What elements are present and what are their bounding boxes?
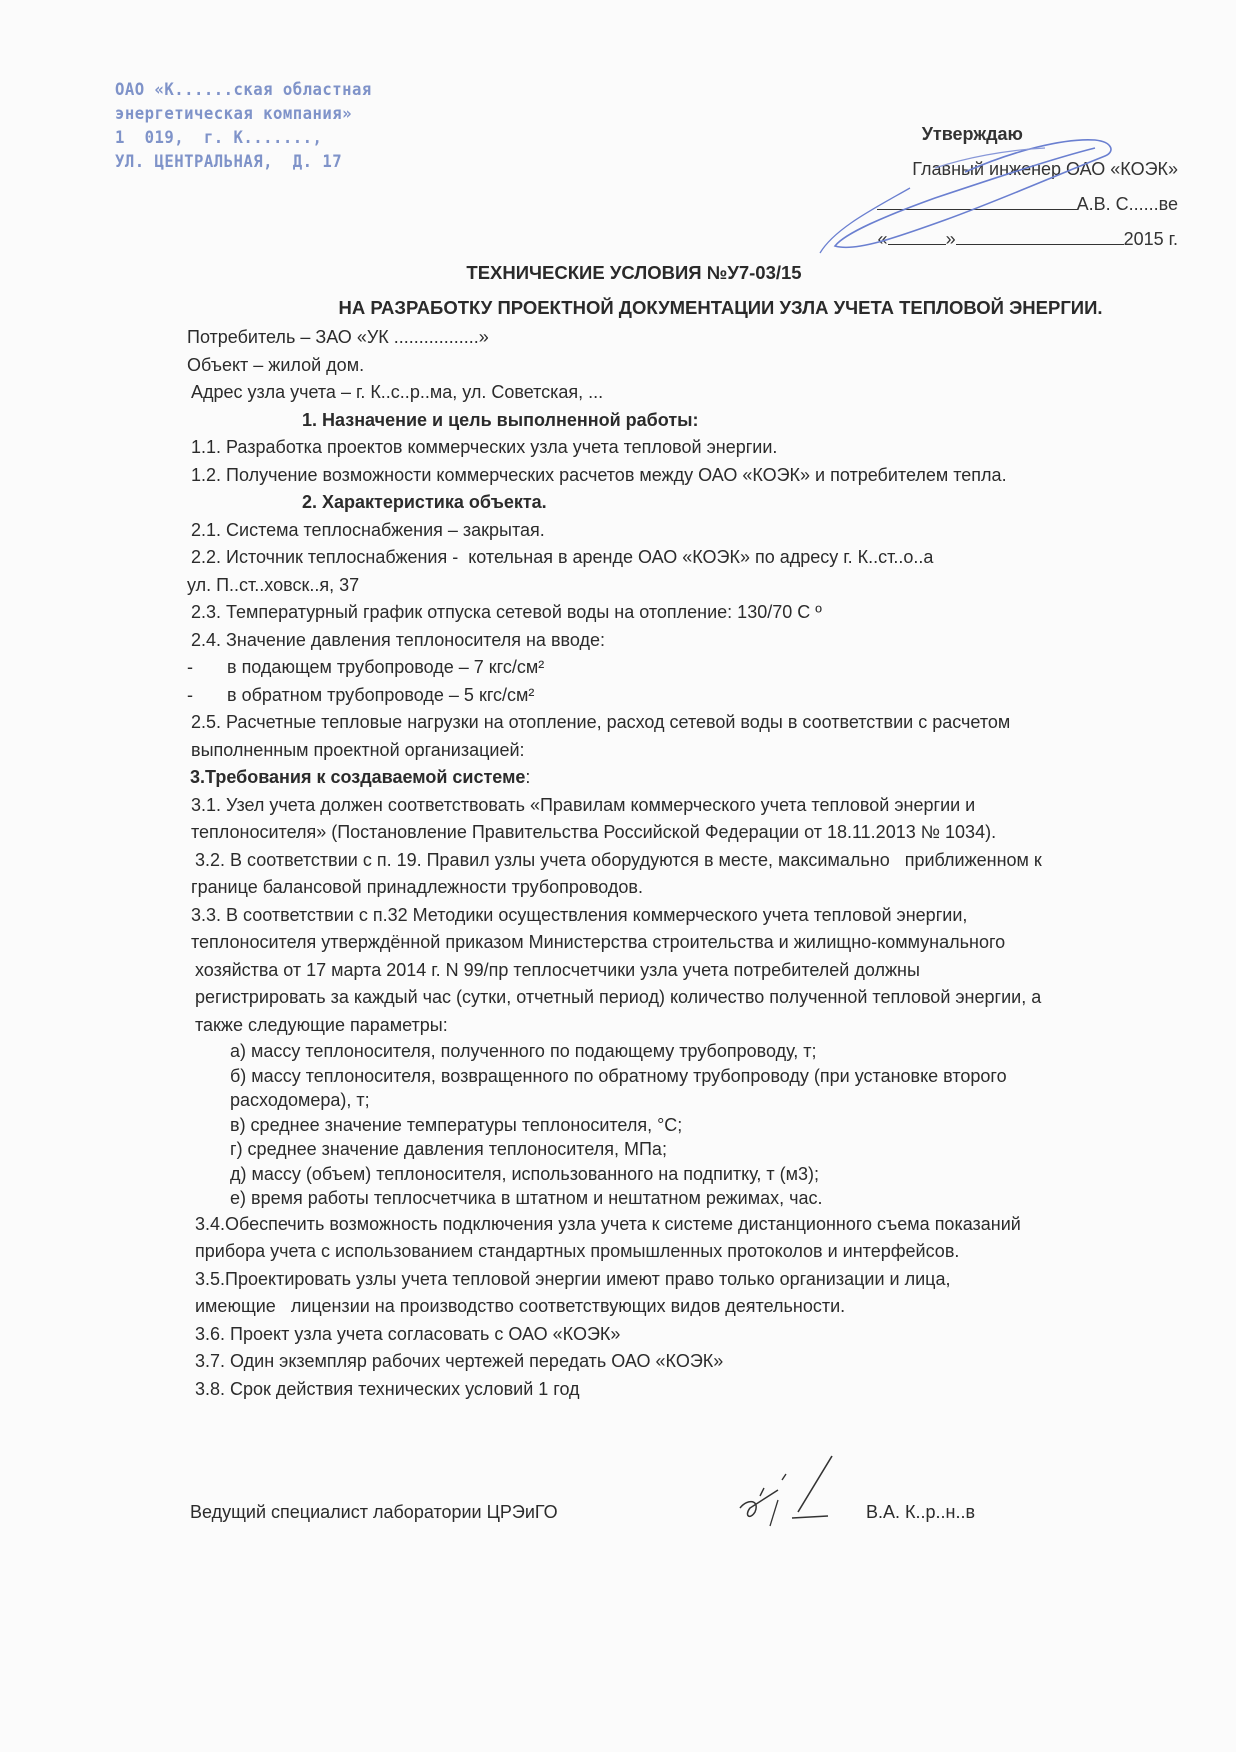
date-open-quote: « [878, 229, 888, 249]
list-item: 3.2. В соответствии с п. 19. Правил узлы… [187, 847, 1187, 875]
document-subtitle: НА РАЗРАБОТКУ ПРОЕКТНОЙ ДОКУМЕНТАЦИИ УЗЛ… [0, 297, 1236, 319]
document-body: Потребитель – ЗАО «УК .................»… [187, 324, 1187, 1403]
parameter-item: б) массу теплоносителя, возвращенного по… [187, 1064, 1187, 1089]
list-item: ул. П..ст..ховск..я, 37 [187, 572, 1187, 600]
parameter-item: д) массу (объем) теплоносителя, использо… [187, 1162, 1187, 1187]
list-item: 3.3. В соответствии с п.32 Методики осущ… [187, 902, 1187, 930]
footer-name: В.А. К..р..н..в [866, 1502, 975, 1523]
pressure-text: в обратном трубопроводе – 5 кгс/см² [227, 685, 534, 705]
section-heading: 3.Требования к создаваемой системе: [187, 764, 1187, 792]
parameter-item: расходомера), т; [187, 1088, 1187, 1113]
parameter-item: е) время работы теплосчетчика в штатном … [187, 1186, 1187, 1211]
pressure-text: в подающем трубопроводе – 7 кгс/см² [227, 657, 544, 677]
list-item: регистрировать за каждый час (сутки, отч… [187, 984, 1187, 1012]
list-item: 2.4. Значение давления теплоносителя на … [187, 627, 1187, 655]
footer-position: Ведущий специалист лаборатории ЦРЭиГО [190, 1502, 558, 1523]
approval-year: 2015 г. [1124, 229, 1178, 249]
stamp-line: ОАО «К......ская областная [115, 78, 372, 102]
list-item: хозяйства от 17 марта 2014 г. N 99/пр те… [187, 957, 1187, 985]
approval-date-line: «»2015 г. [877, 222, 1178, 257]
parameter-item: в) среднее значение температуры теплонос… [187, 1113, 1187, 1138]
signature-underline [877, 209, 1077, 210]
parameter-item: а) массу теплоносителя, полученного по п… [187, 1039, 1187, 1064]
stamp-line: энергетическая компания» [115, 102, 372, 126]
section3-heading-text: 3.Требования к создаваемой системе [190, 767, 525, 787]
address-field: Адрес узла учета – г. К..с..р..ма, ул. С… [187, 379, 1187, 407]
pressure-item: -в обратном трубопроводе – 5 кгс/см² [187, 682, 1187, 710]
list-item: границе балансовой принадлежности трубоп… [187, 874, 1187, 902]
list-item: 2.2. Источник теплоснабжения - котельная… [187, 544, 1187, 572]
approval-signature-line: А.В. С......ве [877, 187, 1178, 222]
section3-heading-colon: : [525, 767, 530, 787]
company-stamp: ОАО «К......ская областная энергетическа… [115, 78, 372, 174]
month-underline [956, 244, 1124, 245]
dash-marker: - [187, 682, 227, 710]
date-close-quote: » [946, 229, 956, 249]
list-item: 2.5. Расчетные тепловые нагрузки на отоп… [187, 709, 1187, 737]
list-item: имеющие лицензии на производство соответ… [187, 1293, 1187, 1321]
approval-block: Утверждаю Главный инженер ОАО «КОЭК» А.В… [877, 117, 1178, 257]
object-field: Объект – жилой дом. [187, 352, 1187, 380]
approval-heading: Утверждаю [877, 117, 1178, 152]
specialist-signature-icon [720, 1450, 840, 1540]
list-item: 3.5.Проектировать узлы учета тепловой эн… [187, 1266, 1187, 1294]
list-item: 1.1. Разработка проектов коммерческих уз… [187, 434, 1187, 462]
list-item: 3.8. Срок действия технических условий 1… [187, 1376, 1187, 1404]
day-underline [888, 244, 946, 245]
list-item: теплоносителя утверждённой приказом Мини… [187, 929, 1187, 957]
list-item: 3.6. Проект узла учета согласовать с ОАО… [187, 1321, 1187, 1349]
list-item: 2.1. Система теплоснабжения – закрытая. [187, 517, 1187, 545]
stamp-line: УЛ. ЦЕНТРАЛЬНАЯ, Д. 17 [115, 150, 372, 174]
list-item: 3.7. Один экземпляр рабочих чертежей пер… [187, 1348, 1187, 1376]
section-heading: 2. Характеристика объекта. [187, 489, 1187, 517]
pressure-item: -в подающем трубопроводе – 7 кгс/см² [187, 654, 1187, 682]
approval-signatory: А.В. С......ве [1077, 194, 1178, 214]
document-title: ТЕХНИЧЕСКИЕ УСЛОВИЯ №У7-03/15 [0, 262, 1236, 284]
stamp-line: 1 019, г. К......., [115, 126, 372, 150]
list-item: выполненным проектной организацией: [187, 737, 1187, 765]
approval-position: Главный инженер ОАО «КОЭК» [877, 152, 1178, 187]
list-item: прибора учета с использованием стандартн… [187, 1238, 1187, 1266]
list-item: также следующие параметры: [187, 1012, 1187, 1040]
dash-marker: - [187, 654, 227, 682]
consumer-field: Потребитель – ЗАО «УК .................» [187, 324, 1187, 352]
list-item: 3.4.Обеспечить возможность подключения у… [187, 1211, 1187, 1239]
parameter-item: г) среднее значение давления теплоносите… [187, 1137, 1187, 1162]
list-item: 1.2. Получение возможности коммерческих … [187, 462, 1187, 490]
list-item: теплоносителя» (Постановление Правительс… [187, 819, 1187, 847]
section-heading: 1. Назначение и цель выполненной работы: [187, 407, 1187, 435]
list-item: 3.1. Узел учета должен соответствовать «… [187, 792, 1187, 820]
list-item: 2.3. Температурный график отпуска сетево… [187, 599, 1187, 627]
